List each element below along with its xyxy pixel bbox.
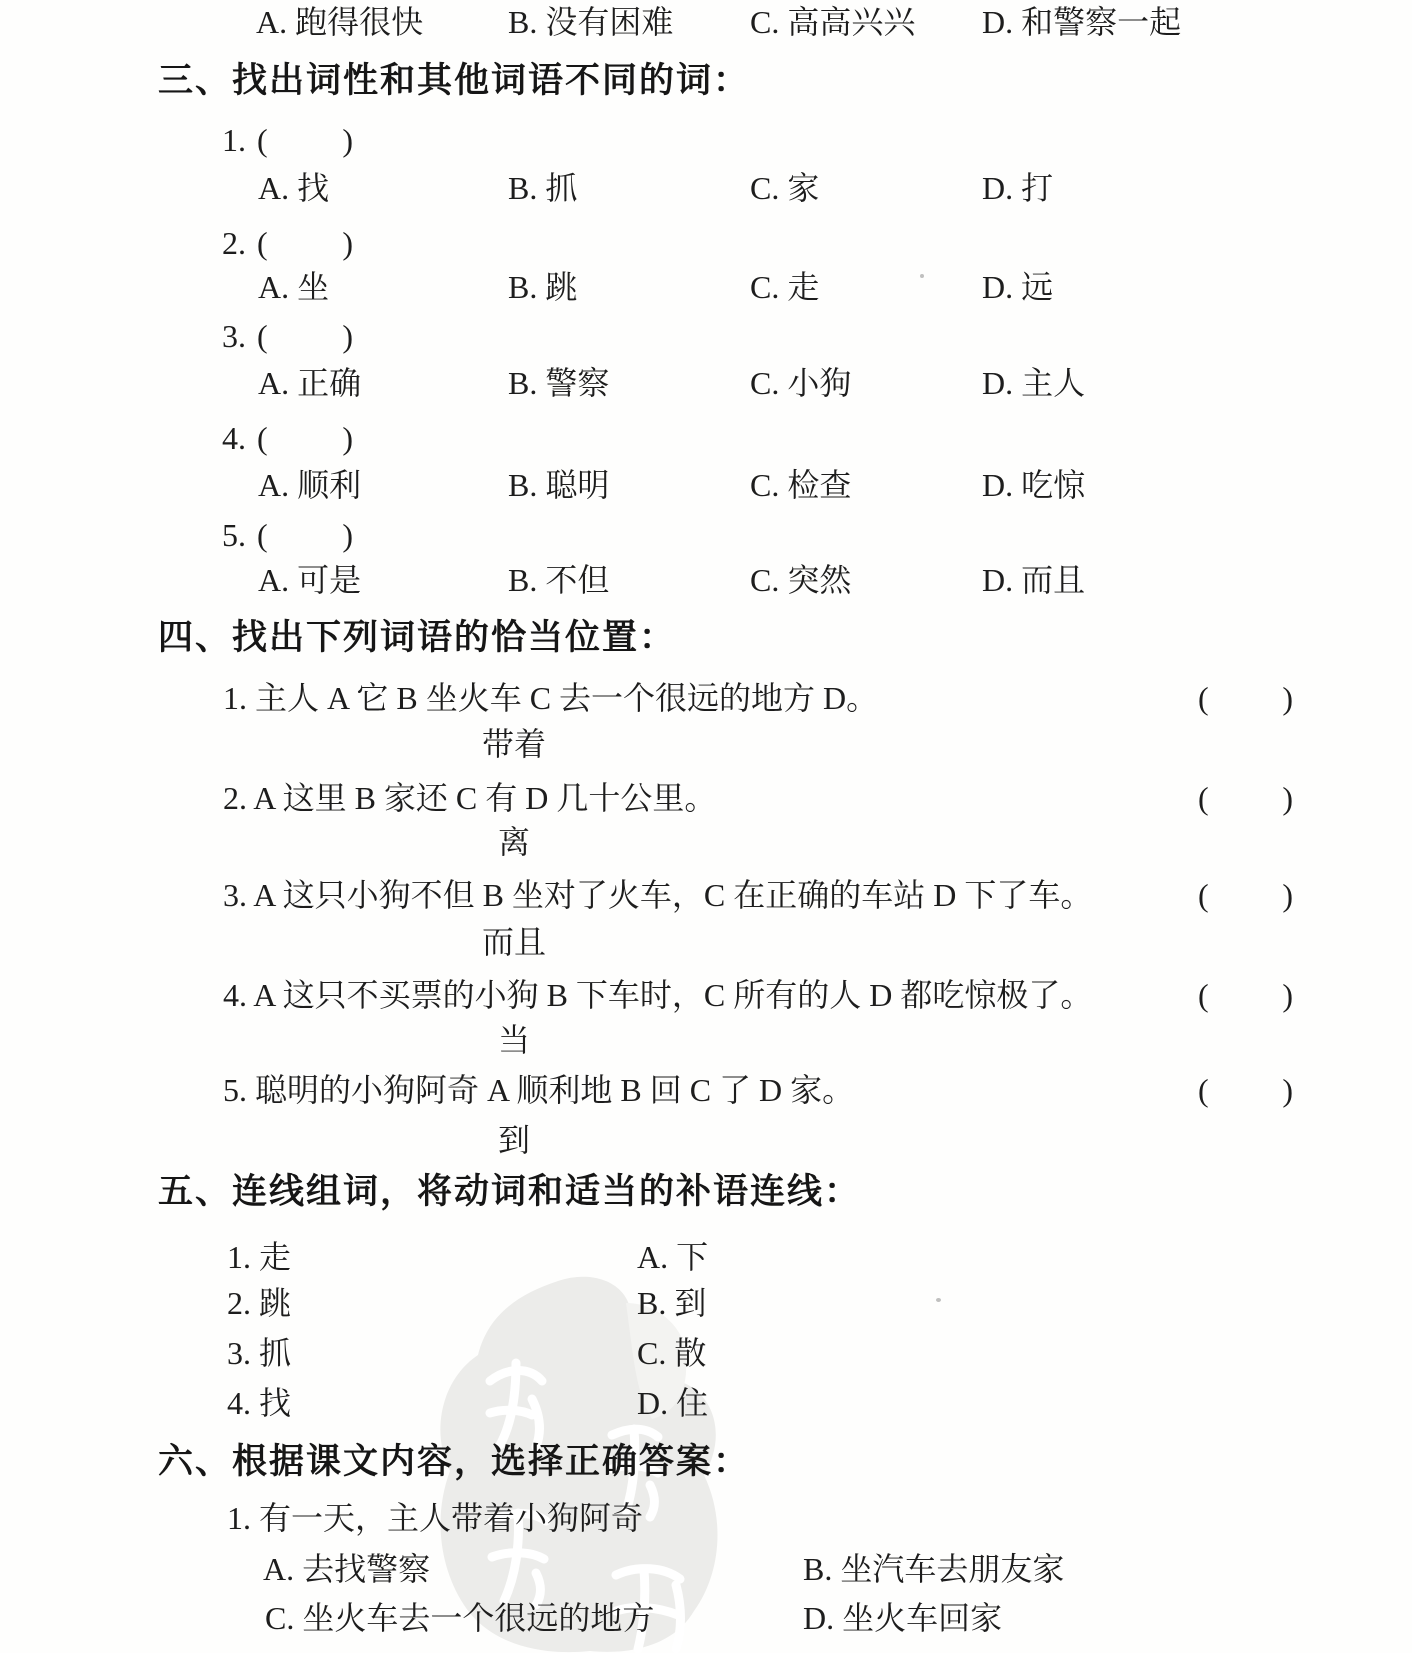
answer-blank: () (257, 515, 353, 555)
option-c: C. 突然 (750, 560, 851, 600)
match-complement: D. 住 (637, 1383, 708, 1423)
answer-blank: () (257, 418, 353, 458)
paren-close: ) (342, 223, 353, 263)
match-verb: 2. 跳 (227, 1283, 291, 1323)
option-b: B. 跳 (508, 267, 577, 307)
option-c: C. 走 (750, 267, 819, 307)
option-b: B. 警察 (508, 363, 609, 403)
item-number: 4. (222, 418, 246, 458)
paren-open: ( (1198, 975, 1209, 1015)
match-verb: 3. 抓 (227, 1333, 291, 1373)
match-verb: 4. 找 (227, 1383, 291, 1423)
placement-sentence: 4. A 这只不买票的小狗 B 下车时，C 所有的人 D 都吃惊极了。 (223, 975, 1092, 1015)
insert-word: 离 (498, 822, 530, 862)
option-a: A. 去找警察 (263, 1549, 430, 1589)
paren-close: ) (1282, 975, 1293, 1015)
option-b: B. 没有困难 (508, 2, 673, 42)
option-c: C. 小狗 (750, 363, 851, 403)
option-c: C. 检查 (750, 465, 851, 505)
match-complement: B. 到 (637, 1283, 706, 1323)
placement-sentence: 2. A 这里 B 家还 C 有 D 几十公里。 (223, 778, 716, 818)
answer-blank: () (257, 223, 353, 263)
match-complement: A. 下 (637, 1237, 708, 1277)
item-number: 3. (222, 316, 246, 356)
paren-open: ( (257, 223, 268, 263)
option-b: B. 聪明 (508, 465, 609, 505)
placement-sentence: 1. 主人 A 它 B 坐火车 C 去一个很远的地方 D。 (223, 678, 878, 718)
paren-open: ( (1198, 778, 1209, 818)
scan-speck (936, 1298, 941, 1302)
insert-word: 而且 (482, 922, 546, 962)
option-b: B. 抓 (508, 168, 577, 208)
section-four-heading: 四、找出下列词语的恰当位置： (158, 615, 676, 661)
item-number: 2. (222, 223, 246, 263)
paren-open: ( (1198, 1070, 1209, 1110)
option-c: C. 高高兴兴 (750, 2, 915, 42)
option-a: A. 跑得很快 (256, 2, 423, 42)
option-a: A. 可是 (258, 560, 361, 600)
insert-word: 当 (498, 1020, 530, 1060)
option-d: D. 而且 (982, 560, 1085, 600)
paren-close: ) (1282, 1070, 1293, 1110)
option-a: A. 正确 (258, 363, 361, 403)
item-number: 5. (222, 515, 246, 555)
paren-open: ( (257, 120, 268, 160)
option-d: D. 吃惊 (982, 465, 1085, 505)
option-d: D. 坐火车回家 (803, 1598, 1002, 1638)
match-verb: 1. 走 (227, 1237, 291, 1277)
insert-word: 到 (498, 1120, 530, 1160)
section-six-heading: 六、根据课文内容，选择正确答案： (158, 1439, 750, 1485)
match-complement: C. 散 (637, 1333, 706, 1373)
paren-open: ( (257, 515, 268, 555)
paren-open: ( (257, 316, 268, 356)
option-d: D. 打 (982, 168, 1053, 208)
paren-close: ) (1282, 778, 1293, 818)
option-d: D. 和警察一起 (982, 2, 1181, 42)
paren-close: ) (342, 120, 353, 160)
paren-close: ) (342, 515, 353, 555)
placement-sentence: 5. 聪明的小狗阿奇 A 顺利地 B 回 C 了 D 家。 (223, 1070, 854, 1110)
section-five-heading: 五、连线组词，将动词和适当的补语连线： (158, 1169, 861, 1215)
answer-blank: () (1198, 678, 1293, 718)
paren-open: ( (1198, 678, 1209, 718)
option-a: A. 坐 (258, 267, 329, 307)
answer-blank: () (1198, 975, 1293, 1015)
option-b: B. 不但 (508, 560, 609, 600)
insert-word: 带着 (482, 724, 546, 764)
section-three-heading: 三、找出词性和其他词语不同的词： (158, 58, 750, 104)
paren-close: ) (342, 418, 353, 458)
answer-blank: () (1198, 778, 1293, 818)
paren-close: ) (1282, 678, 1293, 718)
paren-close: ) (1282, 875, 1293, 915)
paren-close: ) (342, 316, 353, 356)
option-a: A. 找 (258, 168, 329, 208)
option-c: C. 家 (750, 168, 819, 208)
option-c: C. 坐火车去一个很远的地方 (265, 1598, 654, 1638)
paren-open: ( (257, 418, 268, 458)
answer-blank: () (257, 120, 353, 160)
paren-open: ( (1198, 875, 1209, 915)
option-a: A. 顺利 (258, 465, 361, 505)
answer-blank: () (257, 316, 353, 356)
scan-speck (920, 274, 924, 278)
placement-sentence: 3. A 这只小狗不但 B 坐对了火车，C 在正确的车站 D 下了车。 (223, 875, 1092, 915)
question-stem: 1. 有一天，主人带着小狗阿奇 (227, 1498, 643, 1538)
item-number: 1. (222, 120, 246, 160)
answer-blank: () (1198, 875, 1293, 915)
option-d: D. 主人 (982, 363, 1085, 403)
option-d: D. 远 (982, 267, 1053, 307)
answer-blank: () (1198, 1070, 1293, 1110)
worksheet-page: A. 跑得很快 B. 没有困难 C. 高高兴兴 D. 和警察一起 三、找出词性和… (0, 0, 1412, 1653)
option-b: B. 坐汽车去朋友家 (803, 1549, 1064, 1589)
